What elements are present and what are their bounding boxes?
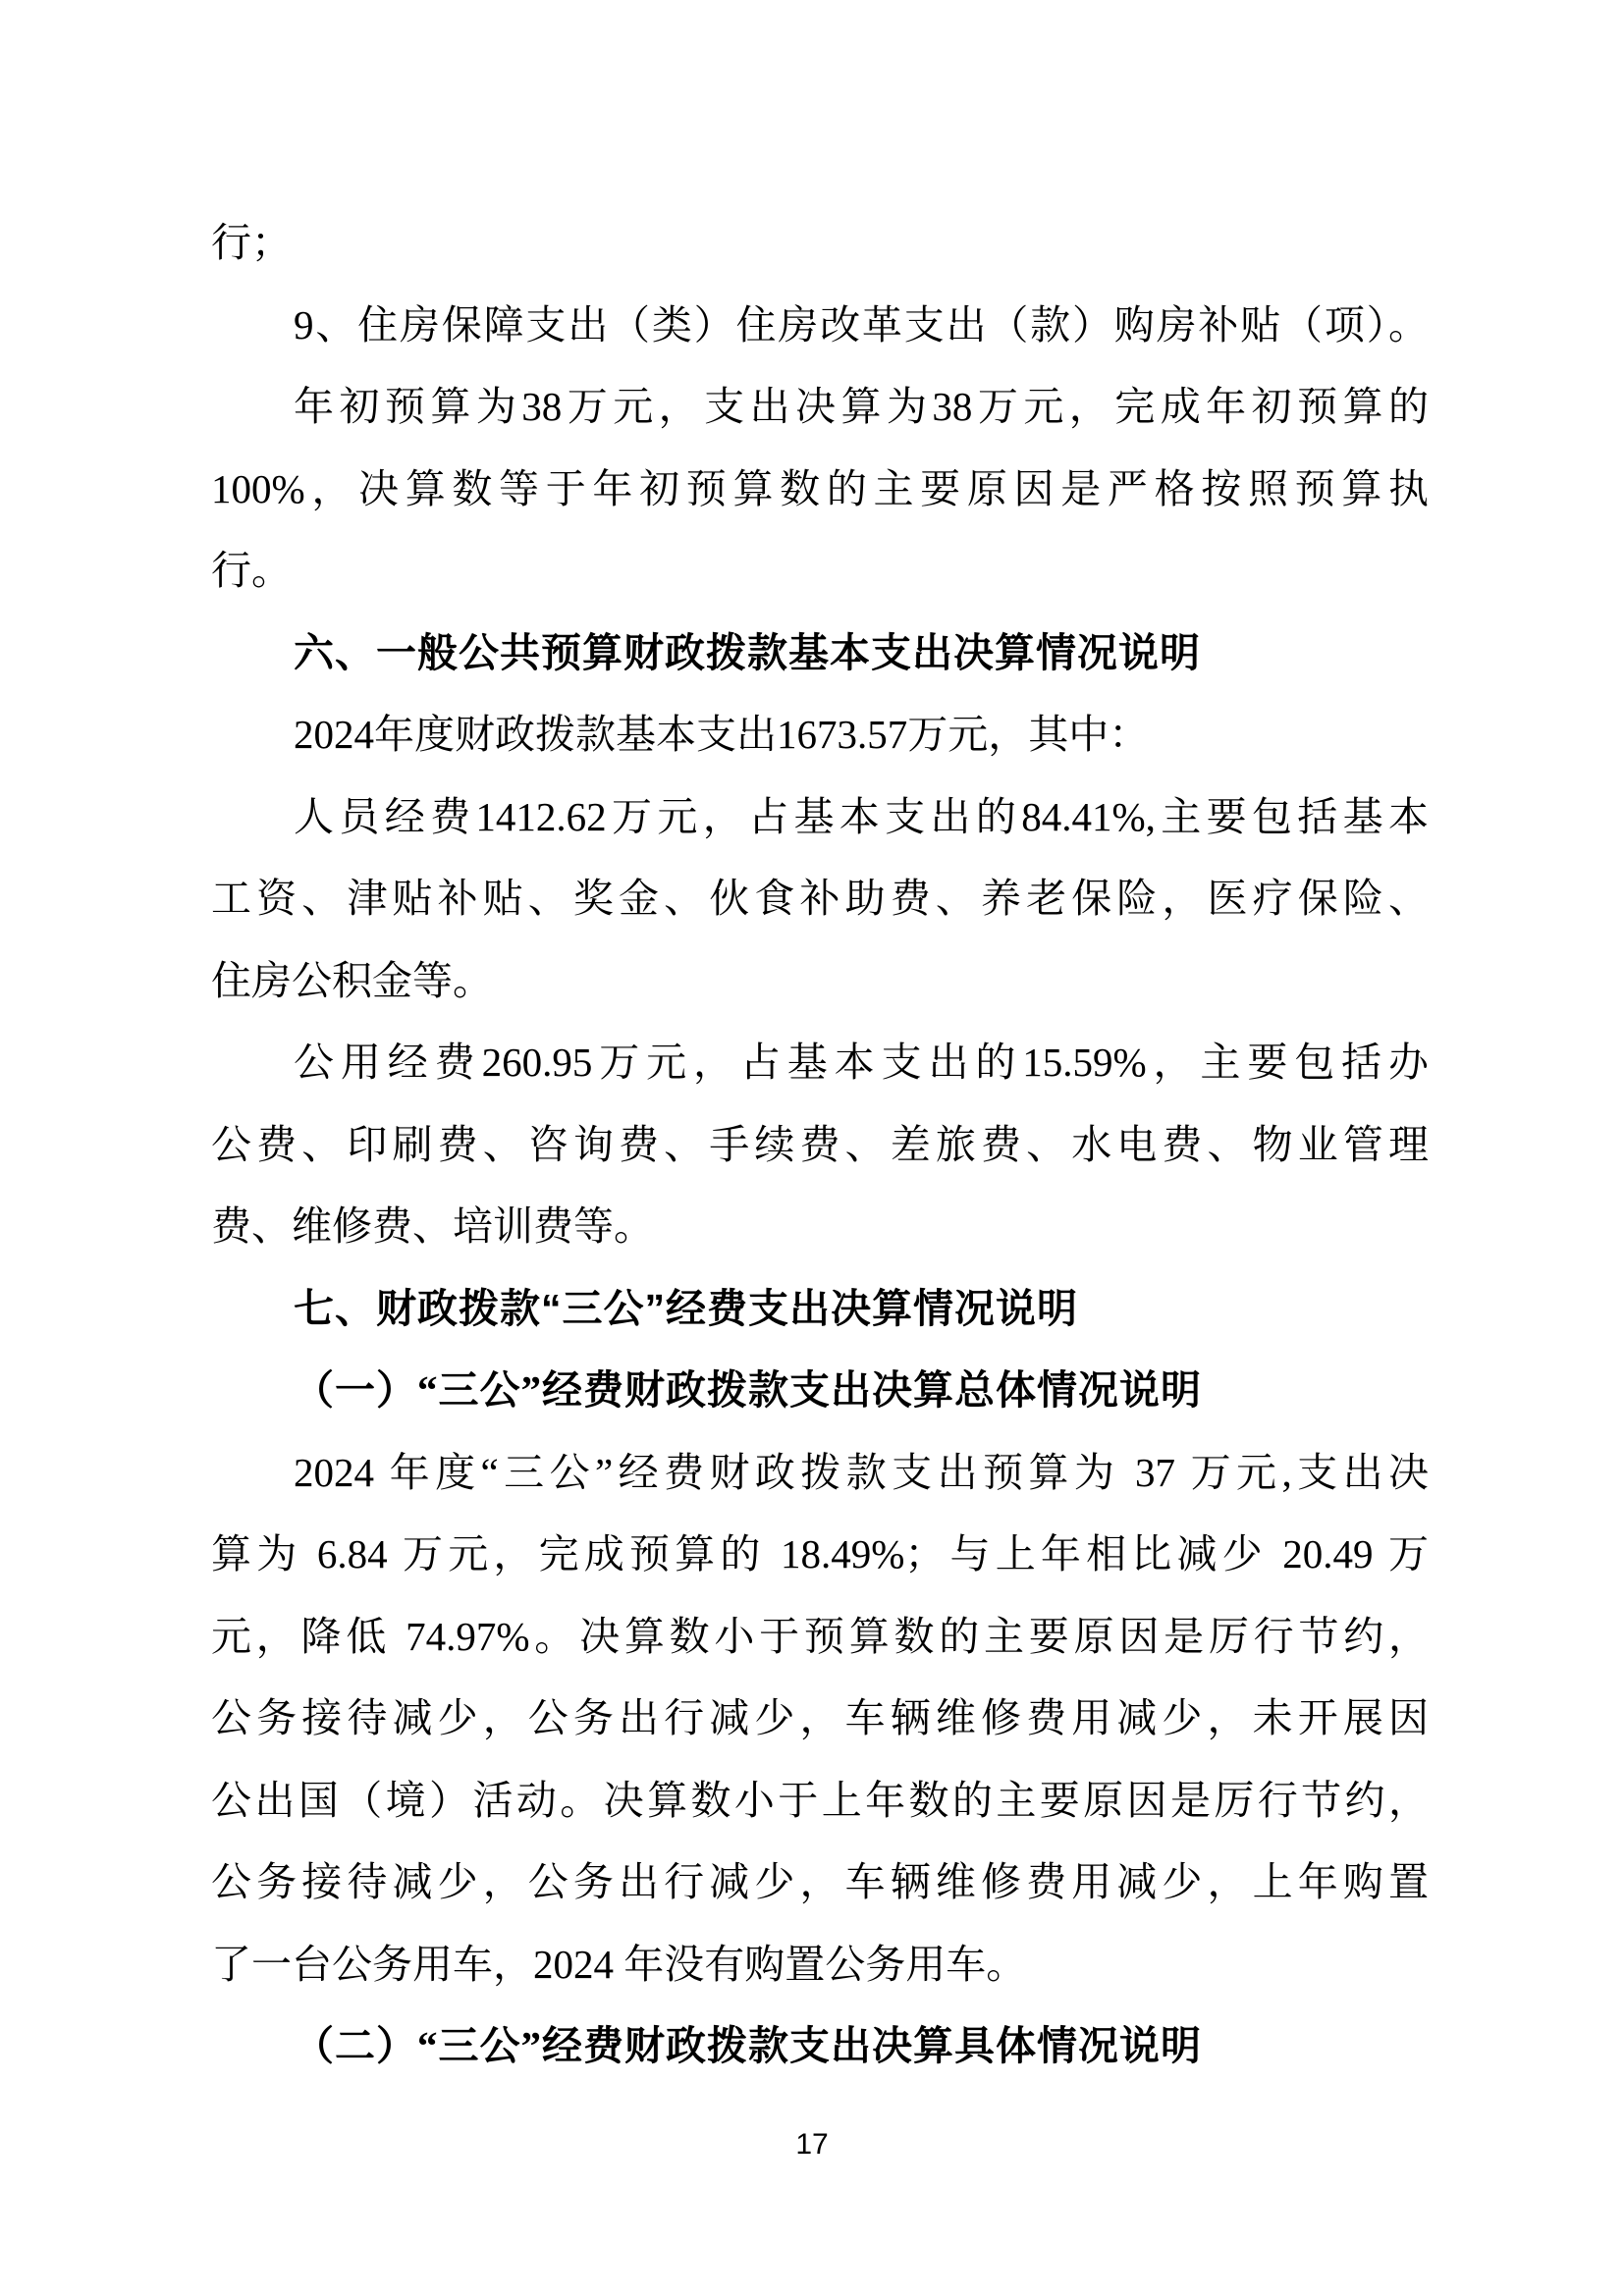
paragraph-line: 了一台公务用车，2024 年没有购置公务用车。 [211, 1924, 1429, 2006]
paragraph-line: 行； [211, 202, 1429, 285]
paragraph-line: 人员经费1412.62万元，占基本支出的84.41%,主要包括基本 [211, 776, 1429, 859]
heading-line: 七、财政拨款“三公”经费支出决算情况说明 [211, 1268, 1429, 1351]
paragraph-line: 费、维修费、培训费等。 [211, 1186, 1429, 1268]
heading-line: （二）“三公”经费财政拨款支出决算具体情况说明 [211, 2005, 1429, 2088]
paragraph-line: 2024 年度“三公”经费财政拨款支出预算为 37 万元,支出决 [211, 1432, 1429, 1515]
document-body: 行；9、住房保障支出（类）住房改革支出（款）购房补贴（项）。年初预算为38万元，… [211, 202, 1429, 2088]
paragraph-line: 年初预算为38万元，支出决算为38万元，完成年初预算的 [211, 366, 1429, 449]
paragraph-line: 公出国（境）活动。决算数小于上年数的主要原因是厉行节约， [211, 1760, 1429, 1842]
paragraph-line: 100%，决算数等于年初预算数的主要原因是严格按照预算执 [211, 449, 1429, 531]
paragraph-line: 算为 6.84 万元，完成预算的 18.49%；与上年相比减少 20.49 万 [211, 1514, 1429, 1596]
paragraph-line: 工资、津贴补贴、奖金、伙食补助费、养老保险，医疗保险、 [211, 858, 1429, 940]
heading-line: （一）“三公”经费财政拨款支出决算总体情况说明 [211, 1350, 1429, 1432]
paragraph-line: 9、住房保障支出（类）住房改革支出（款）购房补贴（项）。 [211, 285, 1429, 367]
paragraph-line: 公费、印刷费、咨询费、手续费、差旅费、水电费、物业管理 [211, 1104, 1429, 1187]
page-number: 17 [0, 2128, 1624, 2162]
paragraph-line: 公务接待减少，公务出行减少，车辆维修费用减少，未开展因 [211, 1678, 1429, 1760]
heading-line: 六、一般公共预算财政拨款基本支出决算情况说明 [211, 613, 1429, 695]
document-page: 行；9、住房保障支出（类）住房改革支出（款）购房补贴（项）。年初预算为38万元，… [0, 0, 1624, 2296]
paragraph-line: 2024年度财政拨款基本支出1673.57万元，其中： [211, 694, 1429, 776]
paragraph-line: 元，降低 74.97%。决算数小于预算数的主要原因是厉行节约， [211, 1596, 1429, 1679]
paragraph-line: 行。 [211, 530, 1429, 613]
paragraph-line: 住房公积金等。 [211, 940, 1429, 1023]
paragraph-line: 公务接待减少，公务出行减少，车辆维修费用减少，上年购置 [211, 1842, 1429, 1924]
paragraph-line: 公用经费260.95万元，占基本支出的15.59%，主要包括办 [211, 1022, 1429, 1104]
